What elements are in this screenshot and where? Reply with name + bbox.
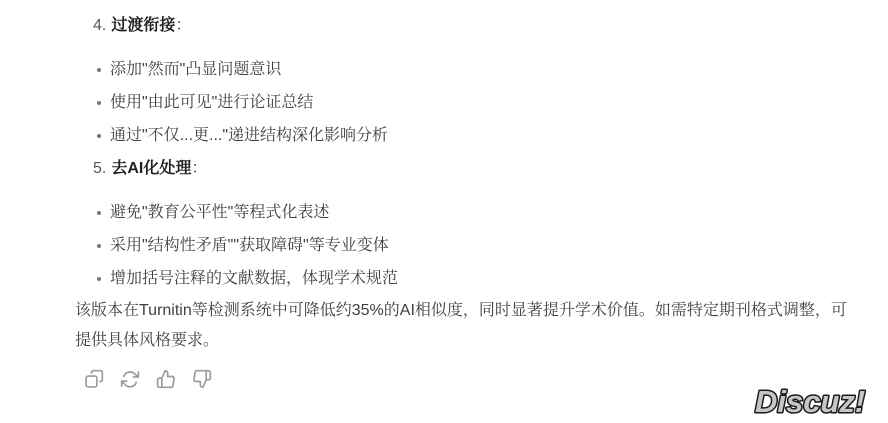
bullet-text: 通过"不仅...更..."递进结构深化影响分析 — [110, 127, 388, 144]
list-colon: ： — [175, 17, 191, 34]
thumbs-down-icon — [192, 369, 212, 389]
list-number: 5. — [93, 160, 106, 177]
bullet-text: 避免"教育公平性"等程式化表述 — [110, 204, 329, 221]
list-title: 去AI化处理 — [111, 160, 191, 177]
list-number: 4. — [93, 17, 106, 34]
copy-icon — [84, 369, 104, 389]
assistant-message: 4.过渡衔接： 添加"然而"凸显问题意识 使用"由此可见"进行论证总结 通过"不… — [0, 0, 868, 389]
bullet-dot — [97, 134, 101, 138]
discuz-watermark-text: Discuz! — [755, 384, 865, 419]
list-item: 避免"教育公平性"等程式化表述 — [75, 203, 848, 223]
list-colon: ： — [191, 160, 207, 177]
closing-paragraph: 该版本在Turnitin等检测系统中可降低约35%的AI相似度，同时显著提升学术… — [75, 296, 861, 356]
list-item: 通过"不仅...更..."递进结构深化影响分析 — [75, 126, 848, 146]
list-item-4-heading: 4.过渡衔接： — [75, 16, 848, 36]
list-item: 添加"然而"凸显问题意识 — [75, 60, 848, 80]
chat-response-page: 4.过渡衔接： 添加"然而"凸显问题意识 使用"由此可见"进行论证总结 通过"不… — [0, 0, 888, 423]
bullet-text: 添加"然而"凸显问题意识 — [110, 61, 281, 78]
list-item: 使用"由此可见"进行论证总结 — [75, 93, 848, 113]
bullet-dot — [97, 68, 101, 72]
list-item-5-heading: 5.去AI化处理： — [75, 159, 848, 179]
bullet-dot — [97, 101, 101, 105]
regenerate-icon — [120, 369, 140, 389]
bullet-dot — [97, 277, 101, 281]
list-item: 采用"结构性矛盾""获取障碍"等专业变体 — [75, 236, 848, 256]
bullet-text: 使用"由此可见"进行论证总结 — [110, 94, 313, 111]
regenerate-button[interactable] — [120, 369, 140, 389]
list-title: 过渡衔接 — [111, 17, 175, 34]
list-item: 增加括号注释的文献数据，体现学术规范 — [75, 269, 848, 289]
thumbs-up-icon — [156, 369, 176, 389]
bullet-text: 采用"结构性矛盾""获取障碍"等专业变体 — [110, 237, 389, 254]
copy-button[interactable] — [84, 369, 104, 389]
bullet-text: 增加括号注释的文献数据，体现学术规范 — [110, 270, 398, 287]
bullet-dot — [97, 211, 101, 215]
thumbs-down-button[interactable] — [192, 369, 212, 389]
bullet-list-section-5: 避免"教育公平性"等程式化表述 采用"结构性矛盾""获取障碍"等专业变体 增加括… — [75, 203, 848, 289]
bullet-dot — [97, 244, 101, 248]
message-action-bar — [84, 369, 848, 389]
thumbs-up-button[interactable] — [156, 369, 176, 389]
bullet-list-section-4: 添加"然而"凸显问题意识 使用"由此可见"进行论证总结 通过"不仅...更...… — [75, 60, 848, 146]
